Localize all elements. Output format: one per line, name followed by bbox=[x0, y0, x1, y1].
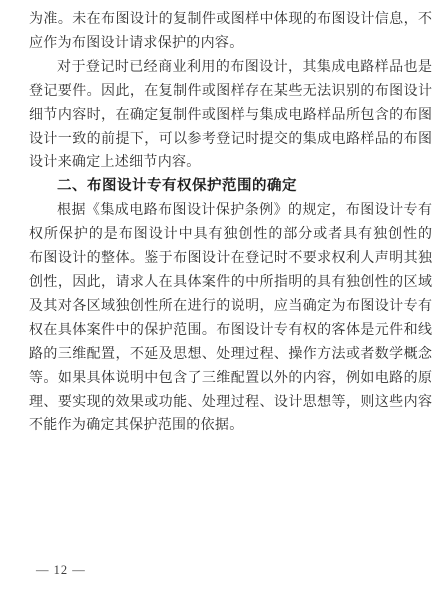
text-line: 为准。未在布图设计的复制件或图样中体现的布图设计信息，不 bbox=[29, 8, 432, 32]
text-line: 对于登记时已经商业利用的布图设计，其集成电路样品也是 bbox=[29, 56, 432, 80]
document-lines: 为准。未在布图设计的复制件或图样中体现的布图设计信息，不应作为布图设计请求保护的… bbox=[29, 8, 432, 438]
text-line: 细节内容时，在确定复制件或图样与集成电路样品所包含的布图 bbox=[29, 104, 432, 128]
text-line: 不能作为确定其保护范围的依据。 bbox=[29, 414, 432, 438]
text-line: 登记要件。因此，在复制件或图样存在某些无法识别的布图设计 bbox=[29, 80, 432, 104]
text-line: 应作为布图设计请求保护的内容。 bbox=[29, 32, 432, 56]
section-heading: 二、布图设计专有权保护范围的确定 bbox=[29, 175, 432, 199]
text-line: 创性，因此，请求人在具体案件的中所指明的具有独创性的区域 bbox=[29, 271, 432, 295]
text-line: 权在具体案件中的保护范围。布图设计专有权的客体是元件和线 bbox=[29, 319, 432, 343]
text-line: 理、要实现的效果或功能、处理过程、设计思想等，则这些内容 bbox=[29, 391, 432, 415]
text-line: 设计来确定上述细节内容。 bbox=[29, 151, 432, 175]
text-line: 及其对各区域独创性所在进行的说明，应当确定为布图设计专有 bbox=[29, 295, 432, 319]
document-page: 为准。未在布图设计的复制件或图样中体现的布图设计信息，不应作为布图设计请求保护的… bbox=[0, 0, 436, 602]
text-line: 根据《集成电路布图设计保护条例》的规定，布图设计专有 bbox=[29, 199, 432, 223]
page-number: — 12 — bbox=[36, 563, 86, 577]
text-line: 设计一致的前提下，可以参考登记时提交的集成电路样品的布图 bbox=[29, 128, 432, 152]
text-line: 等。如果具体说明中包含了三维配置以外的内容，例如电路的原 bbox=[29, 367, 432, 391]
text-line: 路的三维配置，不延及思想、处理过程、操作方法或者数学概念 bbox=[29, 343, 432, 367]
text-line: 权所保护的是布图设计中具有独创性的部分或者具有独创性的 bbox=[29, 223, 432, 247]
text-line: 布图设计的整体。鉴于布图设计在登记时不要求权利人声明其独 bbox=[29, 247, 432, 271]
page-footer: — 12 — bbox=[36, 563, 86, 578]
